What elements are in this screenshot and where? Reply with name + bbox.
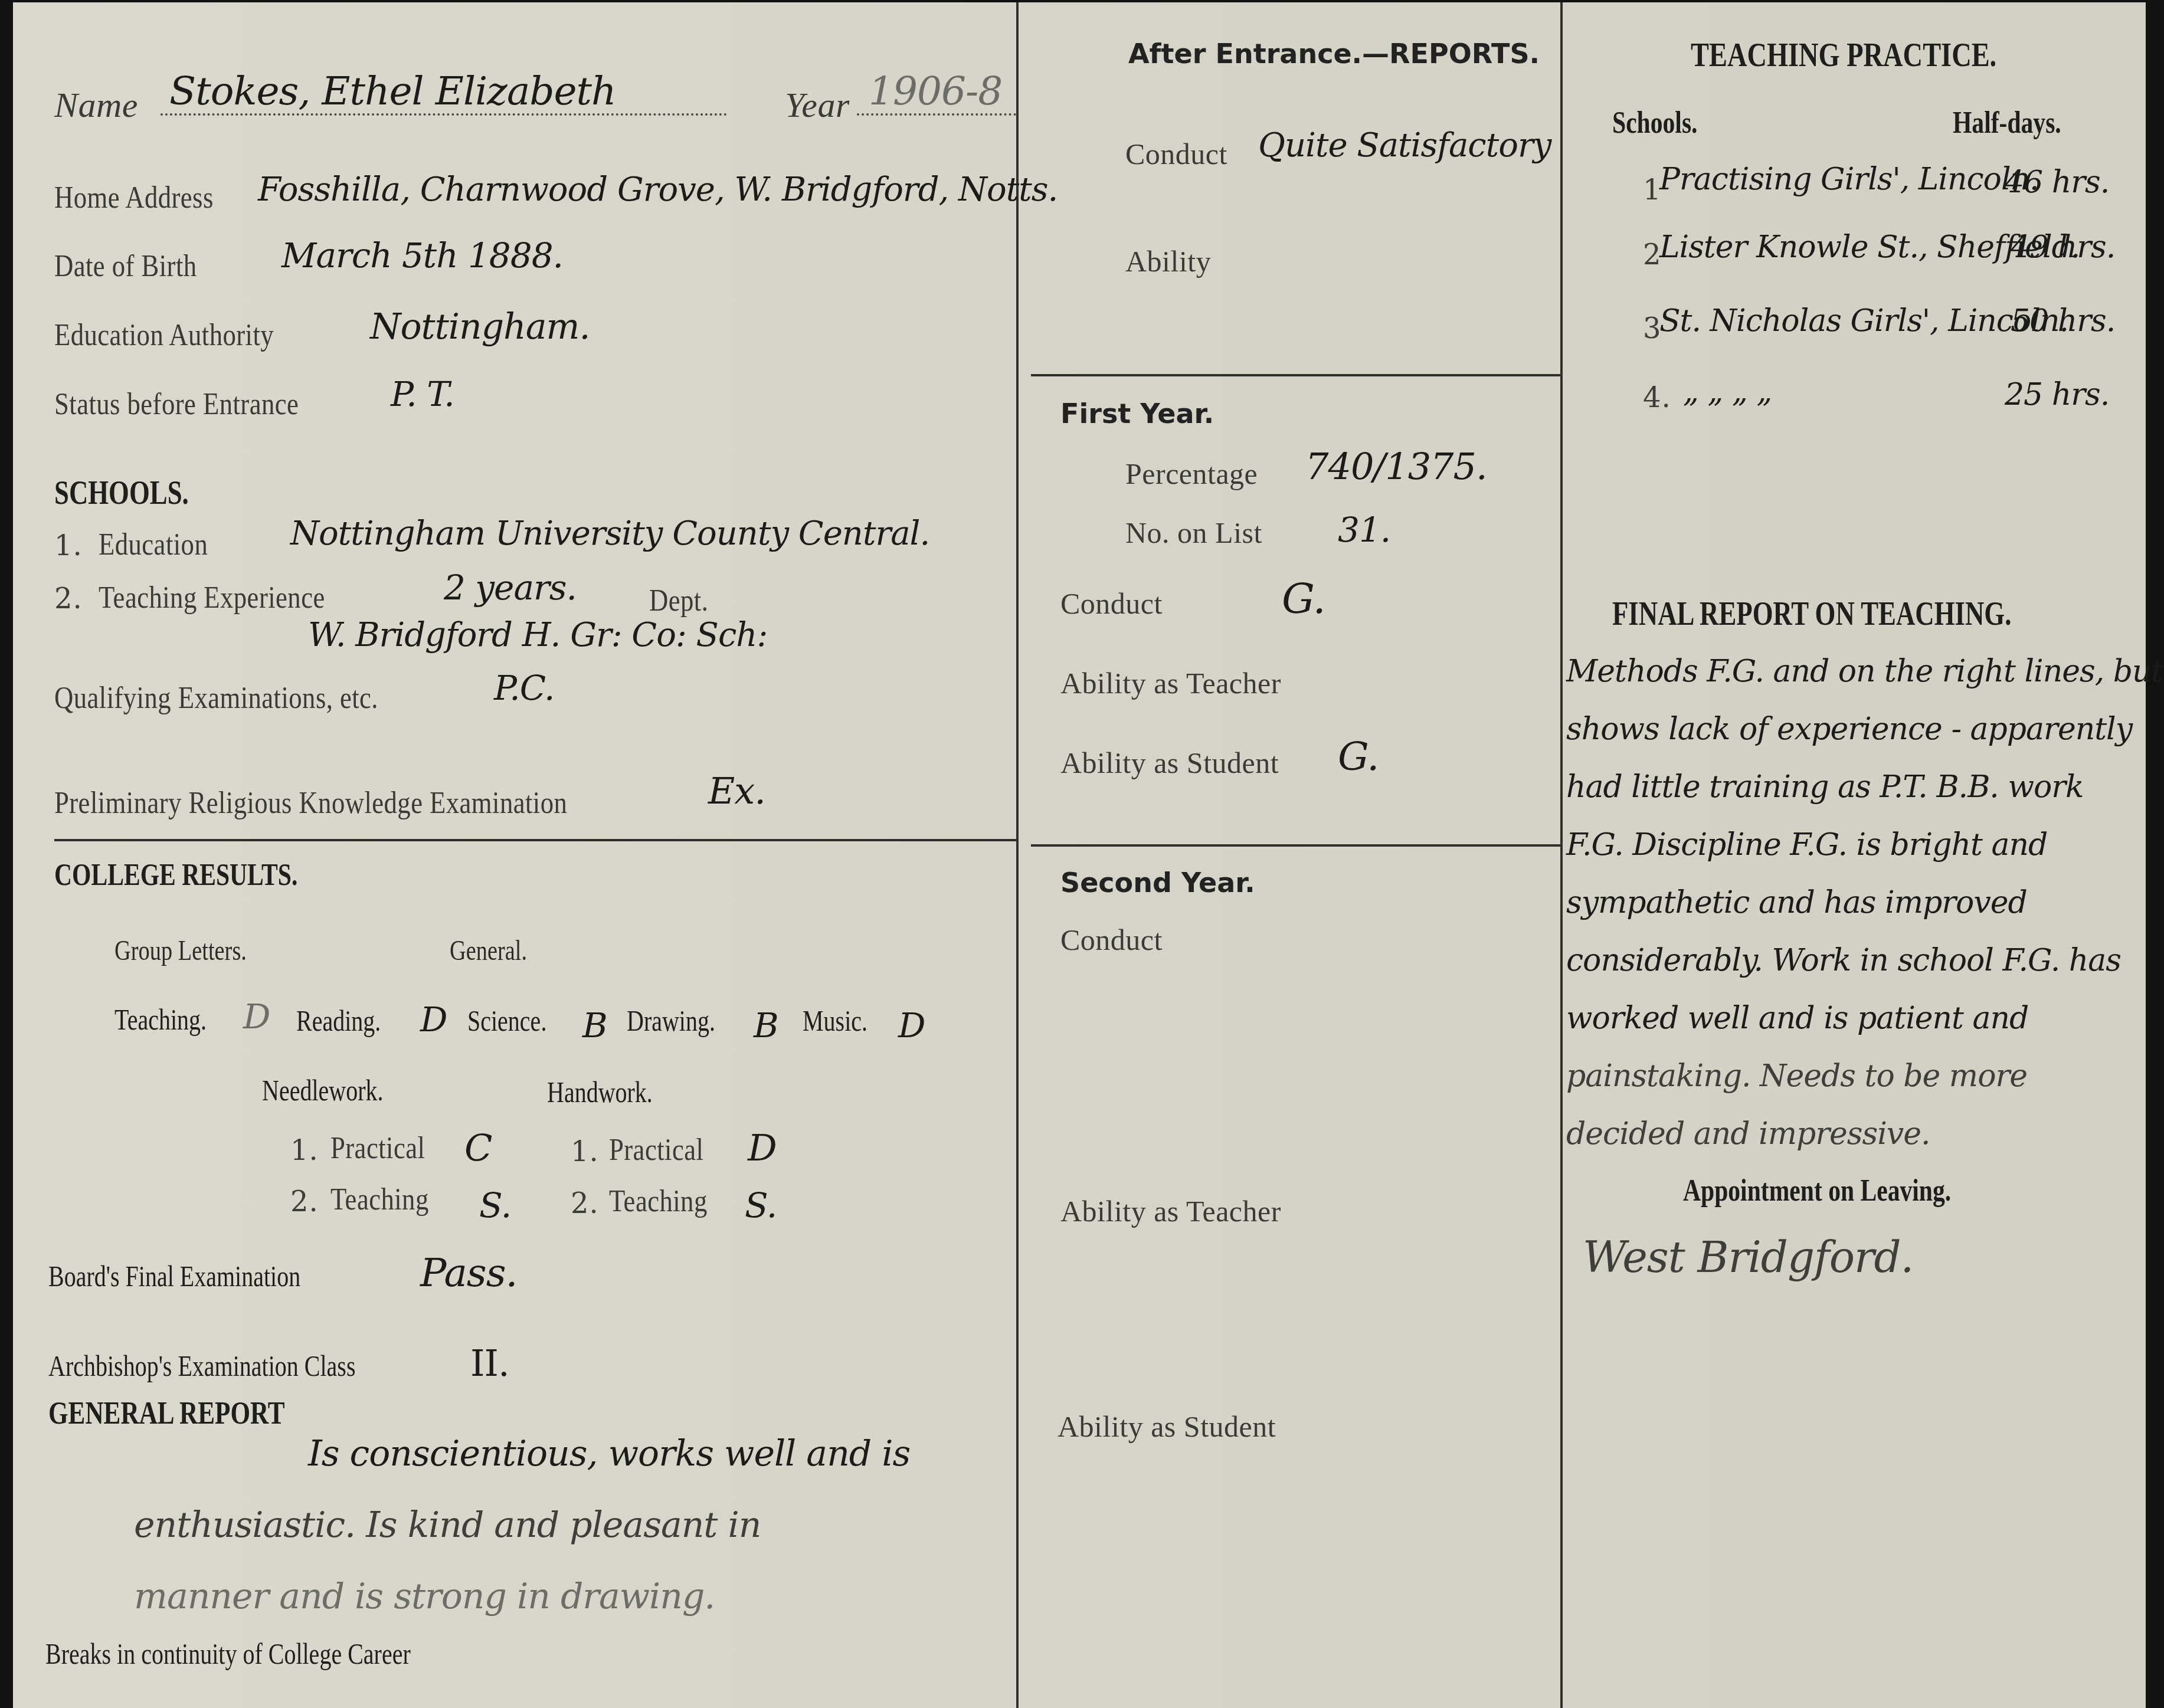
schools-column-header: Schools.: [1612, 106, 1697, 140]
group-letters-label: Group Letters.: [114, 935, 247, 967]
authority-value: Nottingham.: [370, 306, 590, 347]
percentage-label: Percentage: [1125, 457, 1258, 491]
education-label: Education: [99, 527, 208, 562]
subject-drawing-label: Drawing.: [627, 1004, 715, 1038]
qualifying-label: Qualifying Examinations, etc.: [54, 681, 378, 716]
first-year-student-label: Ability as Student: [1060, 746, 1279, 780]
row-school: Practising Girls', Lincoln.: [1659, 162, 2039, 197]
subject-drawing-grade: B: [754, 1005, 778, 1045]
handwork-practical-number: 1.: [571, 1135, 599, 1168]
appointment-value: West Bridgford.: [1583, 1232, 1913, 1282]
dept-value: W. Bridgford H. Gr: Co: Sch:: [308, 616, 767, 654]
handwork-teaching-label: Teaching: [609, 1184, 708, 1219]
final-report-line: F.G. Discipline F.G. is bright and: [1566, 816, 2133, 874]
teaching-experience-number: 2.: [54, 582, 83, 615]
final-report-line: shows lack of experience - apparently: [1566, 700, 2133, 758]
qualifying-value: P.C.: [494, 668, 554, 708]
religious-knowledge-label: Preliminary Religious Knowledge Examinat…: [54, 786, 567, 821]
general-report-line: enthusiastic. Is kind and pleasant in: [13, 1490, 957, 1561]
second-year-student-label: Ability as Student: [1058, 1409, 1276, 1444]
needlework-practical-number: 1.: [290, 1134, 319, 1167]
row-school: „ „ „ „: [1683, 374, 1772, 409]
record-card: Name Stokes, Ethel Elizabeth Year 1906-8…: [13, 2, 2146, 1708]
status-label: Status before Entrance: [54, 387, 299, 422]
name-label: Name: [54, 85, 138, 126]
teaching-experience-label: Teaching Experience: [99, 581, 325, 615]
row-number: 2: [1643, 238, 1662, 271]
second-year-teacher-label: Ability as Teacher: [1060, 1194, 1281, 1228]
boards-final-label: Board's Final Examination: [48, 1259, 300, 1293]
needlework-teaching-number: 2.: [290, 1185, 319, 1218]
halfdays-column-header: Half-days.: [1953, 106, 2061, 140]
dob-label: Date of Birth: [54, 249, 197, 284]
needlework-practical-label: Practical: [330, 1131, 425, 1166]
subject-science-label: Science.: [467, 1004, 546, 1038]
archbishop-value: II.: [470, 1342, 509, 1385]
middle-divider-first-year: [1031, 374, 1560, 376]
no-on-list-label: No. on List: [1125, 516, 1262, 550]
status-value: P. T.: [391, 374, 454, 414]
first-year-conduct-label: Conduct: [1060, 586, 1163, 621]
dob-value: March 5th 1888.: [281, 235, 563, 276]
year-label: Year: [785, 85, 850, 126]
subject-teaching-label: Teaching.: [114, 1002, 207, 1037]
handwork-teaching-number: 2.: [571, 1187, 599, 1220]
after-entrance-ability-label: Ability: [1125, 244, 1211, 278]
column-divider-right: [1560, 2, 1563, 1708]
handwork-practical-grade: D: [748, 1126, 777, 1169]
teaching-practice-heading: TEACHING PRACTICE.: [1691, 35, 1996, 74]
needlework-teaching-label: Teaching: [330, 1182, 429, 1217]
dept-label: Dept.: [649, 583, 708, 618]
needlework-teaching-grade: S.: [479, 1185, 511, 1225]
final-report-line: decided and impressive.: [1566, 1105, 2133, 1163]
education-number: 1.: [54, 529, 83, 562]
row-halfdays: 49 hrs.: [2011, 230, 2115, 265]
after-entrance-heading: After Entrance.—REPORTS.: [1128, 38, 1540, 70]
archbishop-label: Archbishop's Examination Class: [48, 1349, 356, 1383]
subject-reading-grade: D: [420, 999, 447, 1040]
name-value: Stokes, Ethel Elizabeth: [169, 68, 616, 114]
final-report-line: considerably. Work in school F.G. has: [1566, 932, 2133, 989]
boards-final-value: Pass.: [420, 1250, 518, 1296]
needlework-practical-grade: C: [464, 1126, 492, 1169]
no-on-list-value: 31.: [1338, 510, 1390, 550]
row-number: 3: [1643, 312, 1662, 345]
final-report-line: sympathetic and has improved: [1566, 874, 2133, 932]
final-report-line: had little training as P.T. B.B. work: [1566, 758, 2133, 816]
general-report-line: manner and is strong in drawing.: [13, 1561, 957, 1632]
year-value: 1906-8: [869, 68, 1002, 114]
subject-reading-label: Reading.: [296, 1004, 381, 1038]
breaks-label: Breaks in continuity of College Career: [45, 1637, 411, 1671]
authority-label: Education Authority: [54, 318, 274, 353]
final-report-line: worked well and is patient and: [1566, 989, 2133, 1047]
first-year-student-value: G.: [1338, 734, 1379, 779]
final-report-line: Methods F.G. and on the right lines, but: [1566, 642, 2133, 700]
education-value: Nottingham University County Central.: [290, 514, 929, 553]
handwork-practical-label: Practical: [609, 1133, 703, 1168]
left-section-divider: [54, 839, 1016, 841]
religious-knowledge-value: Ex.: [708, 769, 765, 812]
second-year-conduct-label: Conduct: [1060, 923, 1163, 957]
first-year-conduct-value: G.: [1282, 575, 1325, 623]
schools-heading: SCHOOLS.: [54, 474, 189, 512]
subject-music-label: Music.: [803, 1004, 867, 1038]
first-year-teacher-label: Ability as Teacher: [1060, 666, 1281, 700]
handwork-teaching-grade: S.: [745, 1185, 777, 1225]
subject-science-grade: B: [582, 1005, 607, 1045]
first-year-heading: First Year.: [1060, 398, 1214, 430]
teaching-experience-value: 2 years.: [444, 568, 577, 608]
appointment-heading: Appointment on Leaving.: [1683, 1173, 1951, 1208]
row-halfdays: 50 hrs.: [2011, 303, 2115, 339]
row-number: 1: [1643, 173, 1662, 206]
after-entrance-conduct-value: Quite Satisfactory: [1258, 126, 1551, 165]
percentage-value: 740/1375.: [1305, 445, 1487, 488]
row-number: 4.: [1643, 381, 1671, 414]
row-school: St. Nicholas Girls', Lincoln.: [1659, 303, 2068, 339]
row-halfdays: 25 hrs.: [2005, 377, 2109, 412]
final-report-line: painstaking. Needs to be more: [1566, 1047, 2133, 1105]
subject-teaching-grade: D: [243, 996, 270, 1037]
address-label: Home Address: [54, 181, 214, 215]
general-report-text: Is conscientious, works well and is enth…: [13, 1418, 957, 1632]
general-report-line: Is conscientious, works well and is: [13, 1418, 957, 1490]
column-divider-left: [1016, 2, 1019, 1708]
final-report-text: Methods F.G. and on the right lines, but…: [1566, 642, 2133, 1163]
needlework-label: Needlework.: [262, 1073, 383, 1107]
second-year-heading: Second Year.: [1060, 867, 1255, 899]
address-value: Fosshilla, Charnwood Grove, W. Bridgford…: [258, 171, 1058, 209]
handwork-label: Handwork.: [547, 1075, 653, 1109]
final-report-heading: FINAL REPORT ON TEACHING.: [1612, 595, 2011, 633]
general-label: General.: [450, 935, 527, 967]
subject-music-grade: D: [898, 1005, 925, 1045]
after-entrance-conduct-label: Conduct: [1125, 137, 1227, 171]
middle-divider-second-year: [1031, 844, 1560, 847]
college-results-heading: COLLEGE RESULTS.: [54, 858, 297, 893]
row-halfdays: 46 hrs.: [2005, 165, 2109, 200]
